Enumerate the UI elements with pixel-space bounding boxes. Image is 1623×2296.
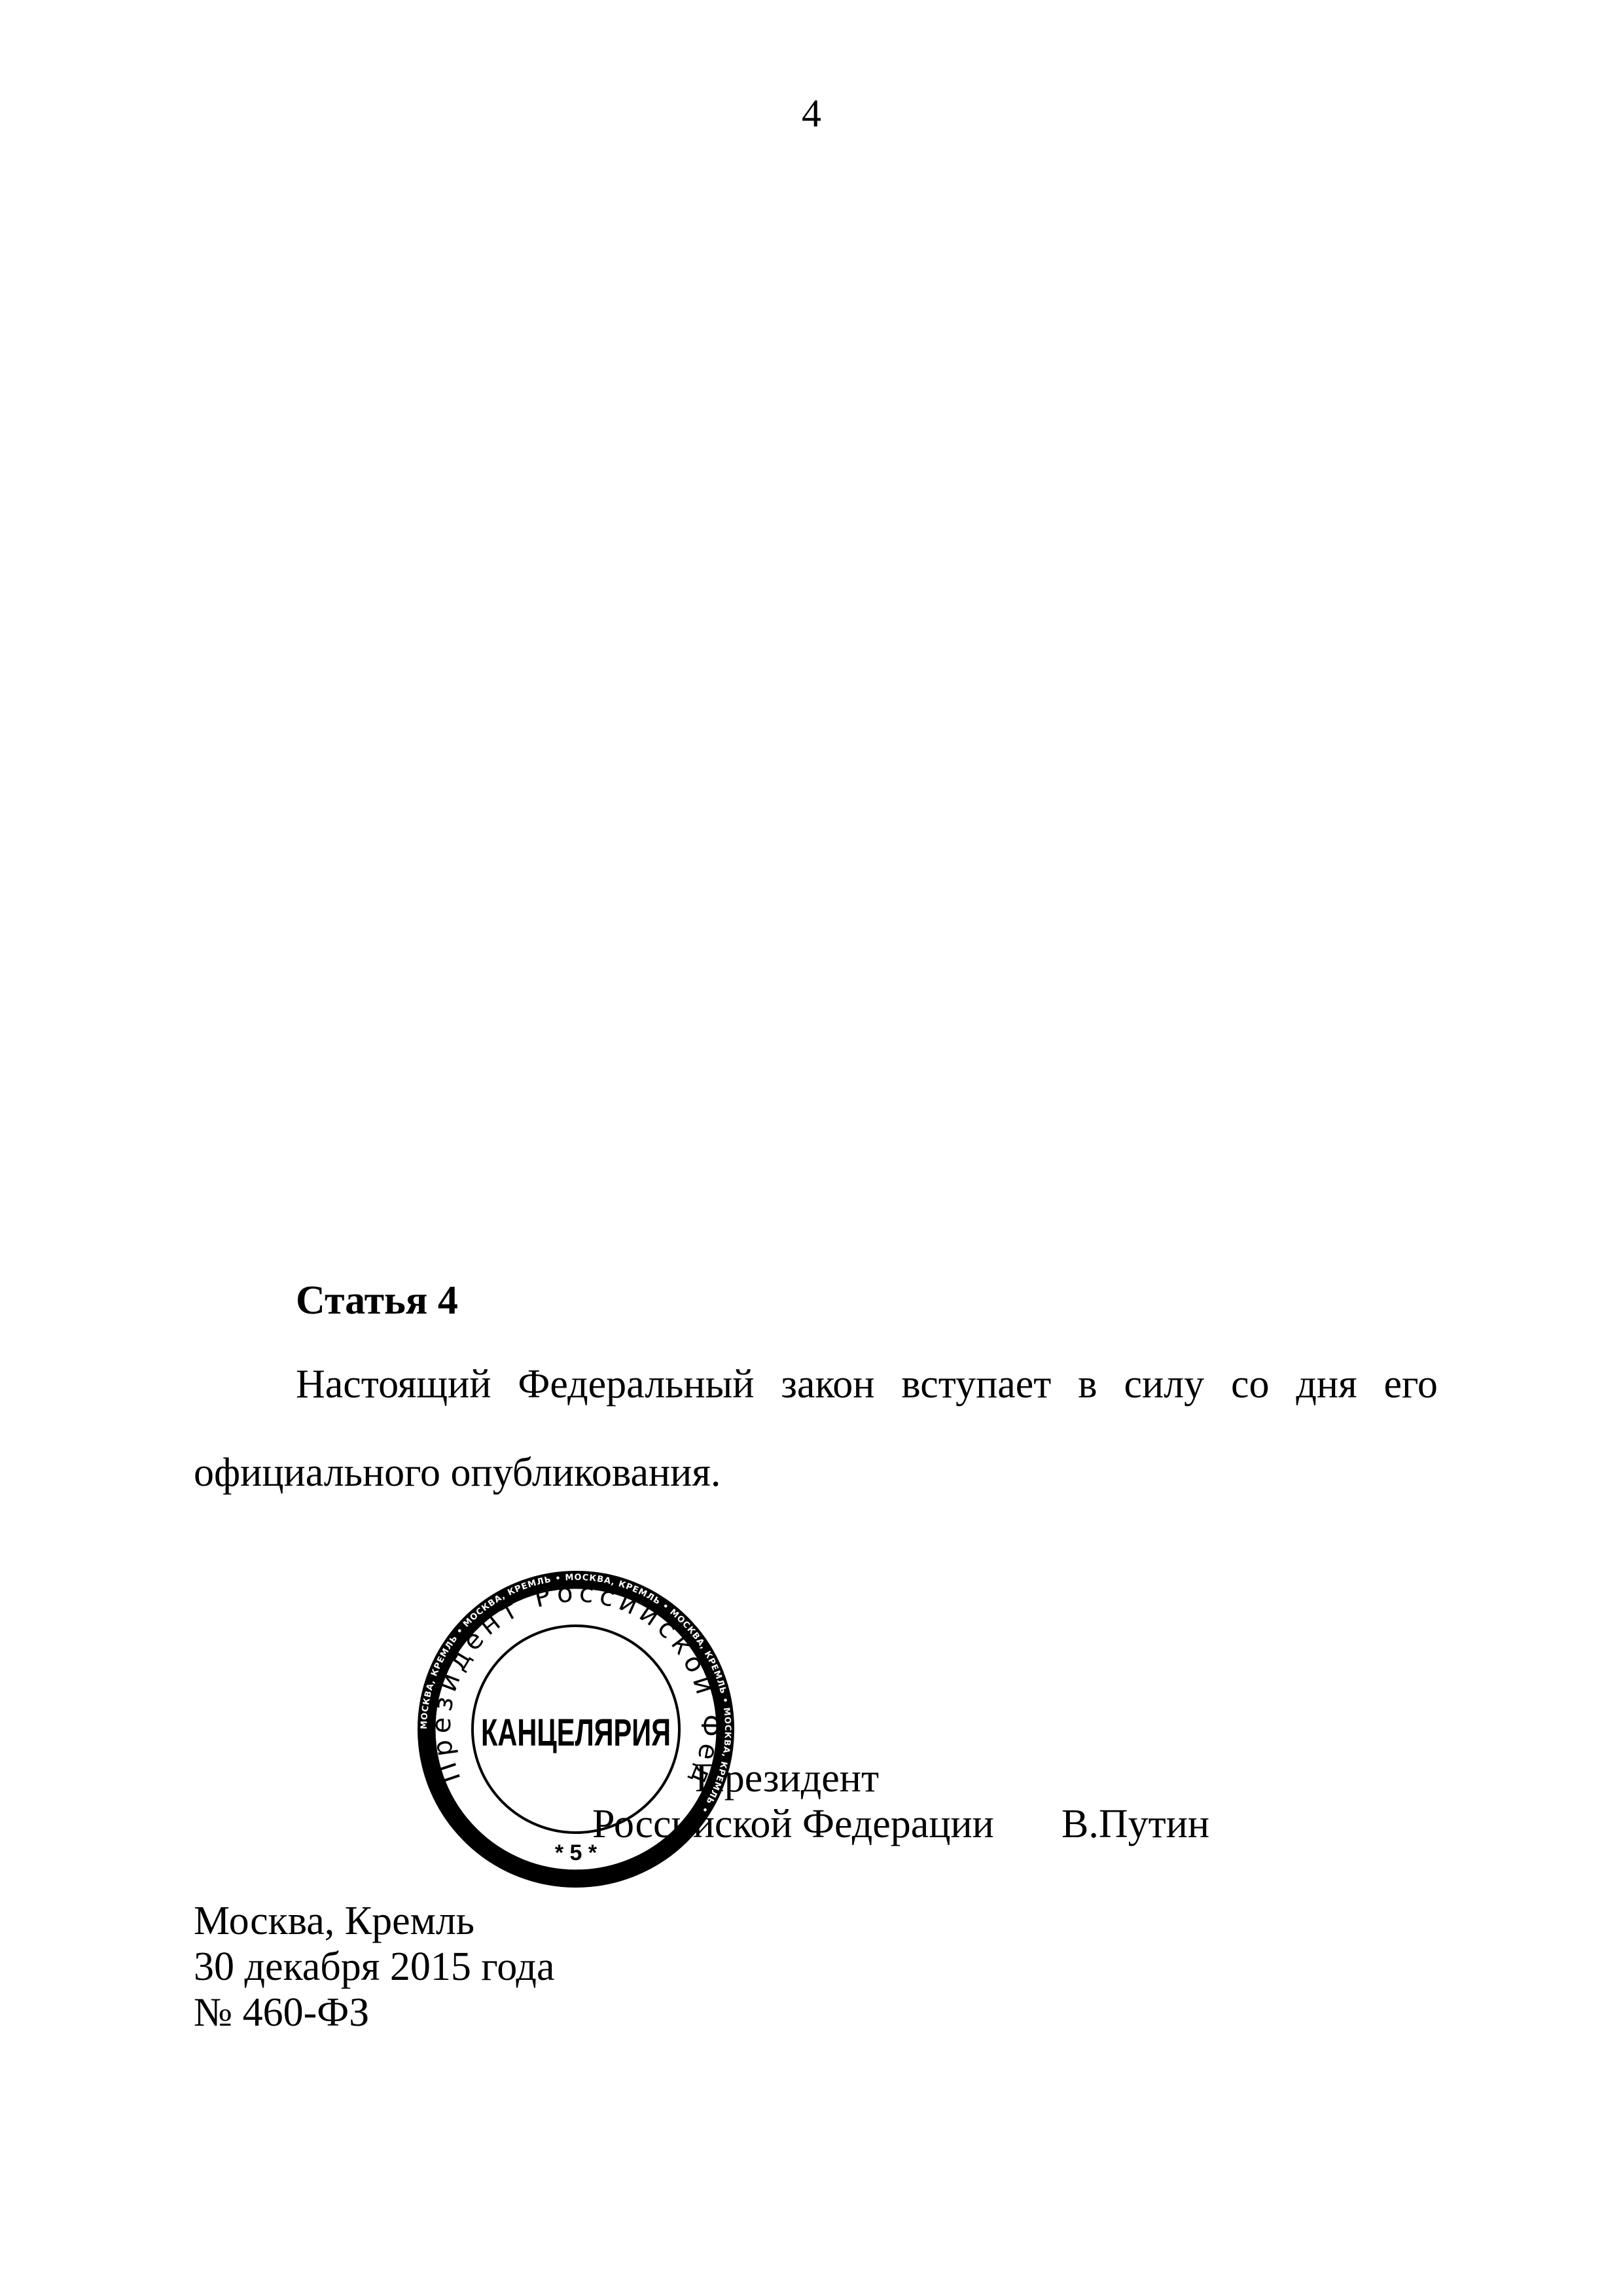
svg-text:Президент Российской Федерации: Президент Российской Федерации [412, 1566, 725, 1793]
article-paragraph-line-1: Настоящий Федеральный закон вступает в с… [296, 1360, 1438, 1408]
svg-text:КАНЦЕЛЯРИЯ: КАНЦЕЛЯРИЯ [481, 1712, 671, 1754]
word: силу [1124, 1360, 1204, 1408]
signing-place: Москва, Кремль [194, 1898, 474, 1944]
word: его [1383, 1360, 1437, 1408]
law-number: № 460-ФЗ [194, 1990, 369, 2036]
official-seal-stamp: МОСКВА, КРЕМЛЬ • МОСКВА, КРЕМЛЬ • МОСКВА… [412, 1566, 740, 1893]
signing-date: 30 декабря 2015 года [194, 1944, 555, 1990]
article-paragraph-line-2: официального опубликования. [194, 1448, 721, 1497]
page-number: 4 [0, 90, 1623, 136]
word: в [1078, 1360, 1097, 1408]
word: дня [1296, 1360, 1357, 1408]
word: Федеральный [518, 1360, 754, 1408]
seal-icon: МОСКВА, КРЕМЛЬ • МОСКВА, КРЕМЛЬ • МОСКВА… [412, 1566, 740, 1893]
word: вступает [901, 1360, 1051, 1408]
signatory-name: В.Путин [1061, 1800, 1209, 1848]
word: со [1231, 1360, 1270, 1408]
word: закон [781, 1360, 874, 1408]
word: Настоящий [296, 1360, 491, 1408]
article-heading: Статья 4 [296, 1276, 458, 1325]
svg-text:* 5 *: * 5 * [555, 1840, 597, 1865]
